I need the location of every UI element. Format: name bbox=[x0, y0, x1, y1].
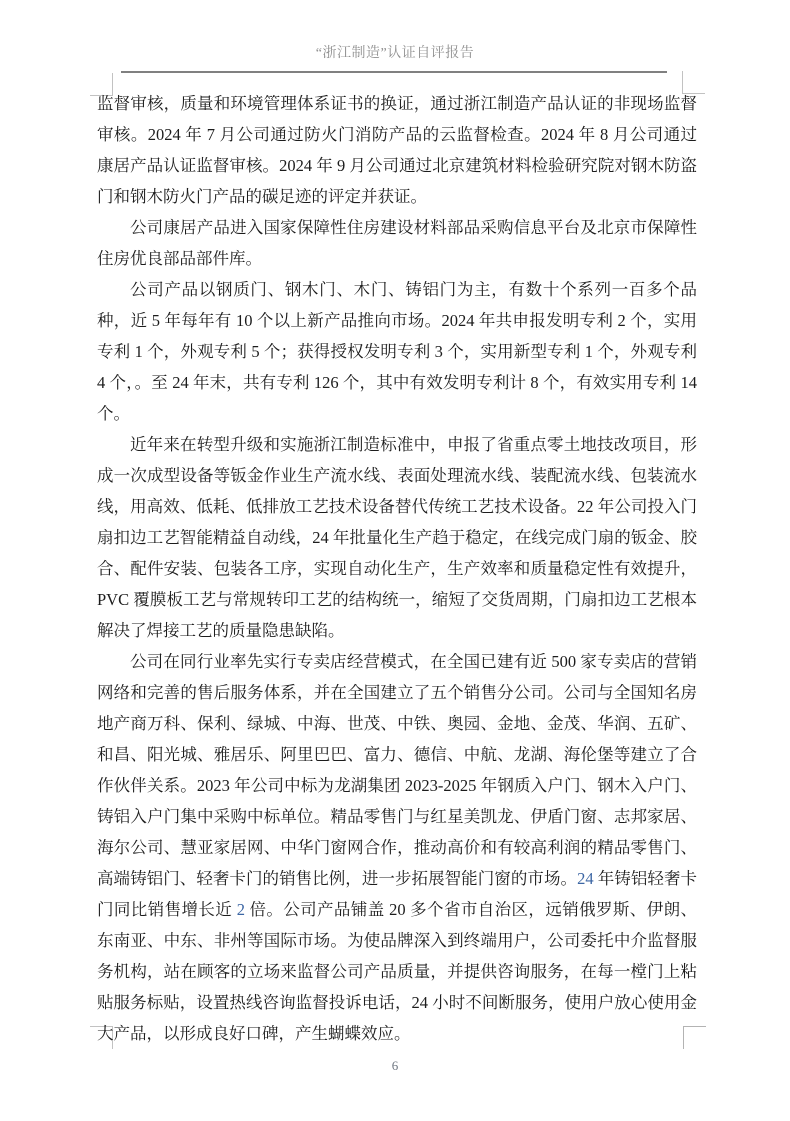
paragraph: 公司产品以钢质门、钢木门、木门、铸铝门为主，有数十个系列一百多个品种，近 5 年… bbox=[97, 274, 697, 429]
paragraph-text: 监督审核，质量和环境管理体系证书的换证，通过浙江制造产品认证的非现场监督审核。2… bbox=[97, 94, 697, 206]
edited-number: 24 bbox=[577, 869, 594, 888]
page-header-title: “浙江制造”认证自评报告 bbox=[0, 42, 790, 62]
paragraph-text: 近年来在转型升级和实施浙江制造标准中，申报了省重点零土地技改项目，形成一次成型设… bbox=[97, 435, 697, 640]
paragraph-text: 公司产品以钢质门、钢木门、木门、铸铝门为主，有数十个系列一百多个品种，近 5 年… bbox=[97, 280, 697, 423]
paragraph-text: 公司康居产品进入国家保障性住房建设材料部品采购信息平台及北京市保障性住房优良部品… bbox=[97, 218, 697, 268]
paragraph: 近年来在转型升级和实施浙江制造标准中，申报了省重点零土地技改项目，形成一次成型设… bbox=[97, 429, 697, 646]
edited-number: 2 bbox=[237, 900, 245, 919]
paragraph: 公司在同行业率先实行专卖店经营模式，在全国已建有近 500 家专卖店的营销网络和… bbox=[97, 646, 697, 1049]
paragraph: 公司康居产品进入国家保障性住房建设材料部品采购信息平台及北京市保障性住房优良部品… bbox=[97, 212, 697, 274]
paragraph-text: 倍。公司产品铺盖 20 多个省市自治区，远销俄罗斯、伊朗、东南亚、中东、非州等国… bbox=[97, 900, 697, 1043]
document-page: “浙江制造”认证自评报告 监督审核，质量和环境管理体系证书的换证，通过浙江制造产… bbox=[0, 0, 790, 1121]
page-number: 6 bbox=[0, 1058, 790, 1074]
paragraph-text: 公司在同行业率先实行专卖店经营模式，在全国已建有近 500 家专卖店的营销网络和… bbox=[97, 652, 697, 888]
document-body: 监督审核，质量和环境管理体系证书的换证，通过浙江制造产品认证的非现场监督审核。2… bbox=[97, 88, 697, 1049]
paragraph: 监督审核，质量和环境管理体系证书的换证，通过浙江制造产品认证的非现场监督审核。2… bbox=[97, 88, 697, 212]
header-rule bbox=[121, 71, 667, 73]
